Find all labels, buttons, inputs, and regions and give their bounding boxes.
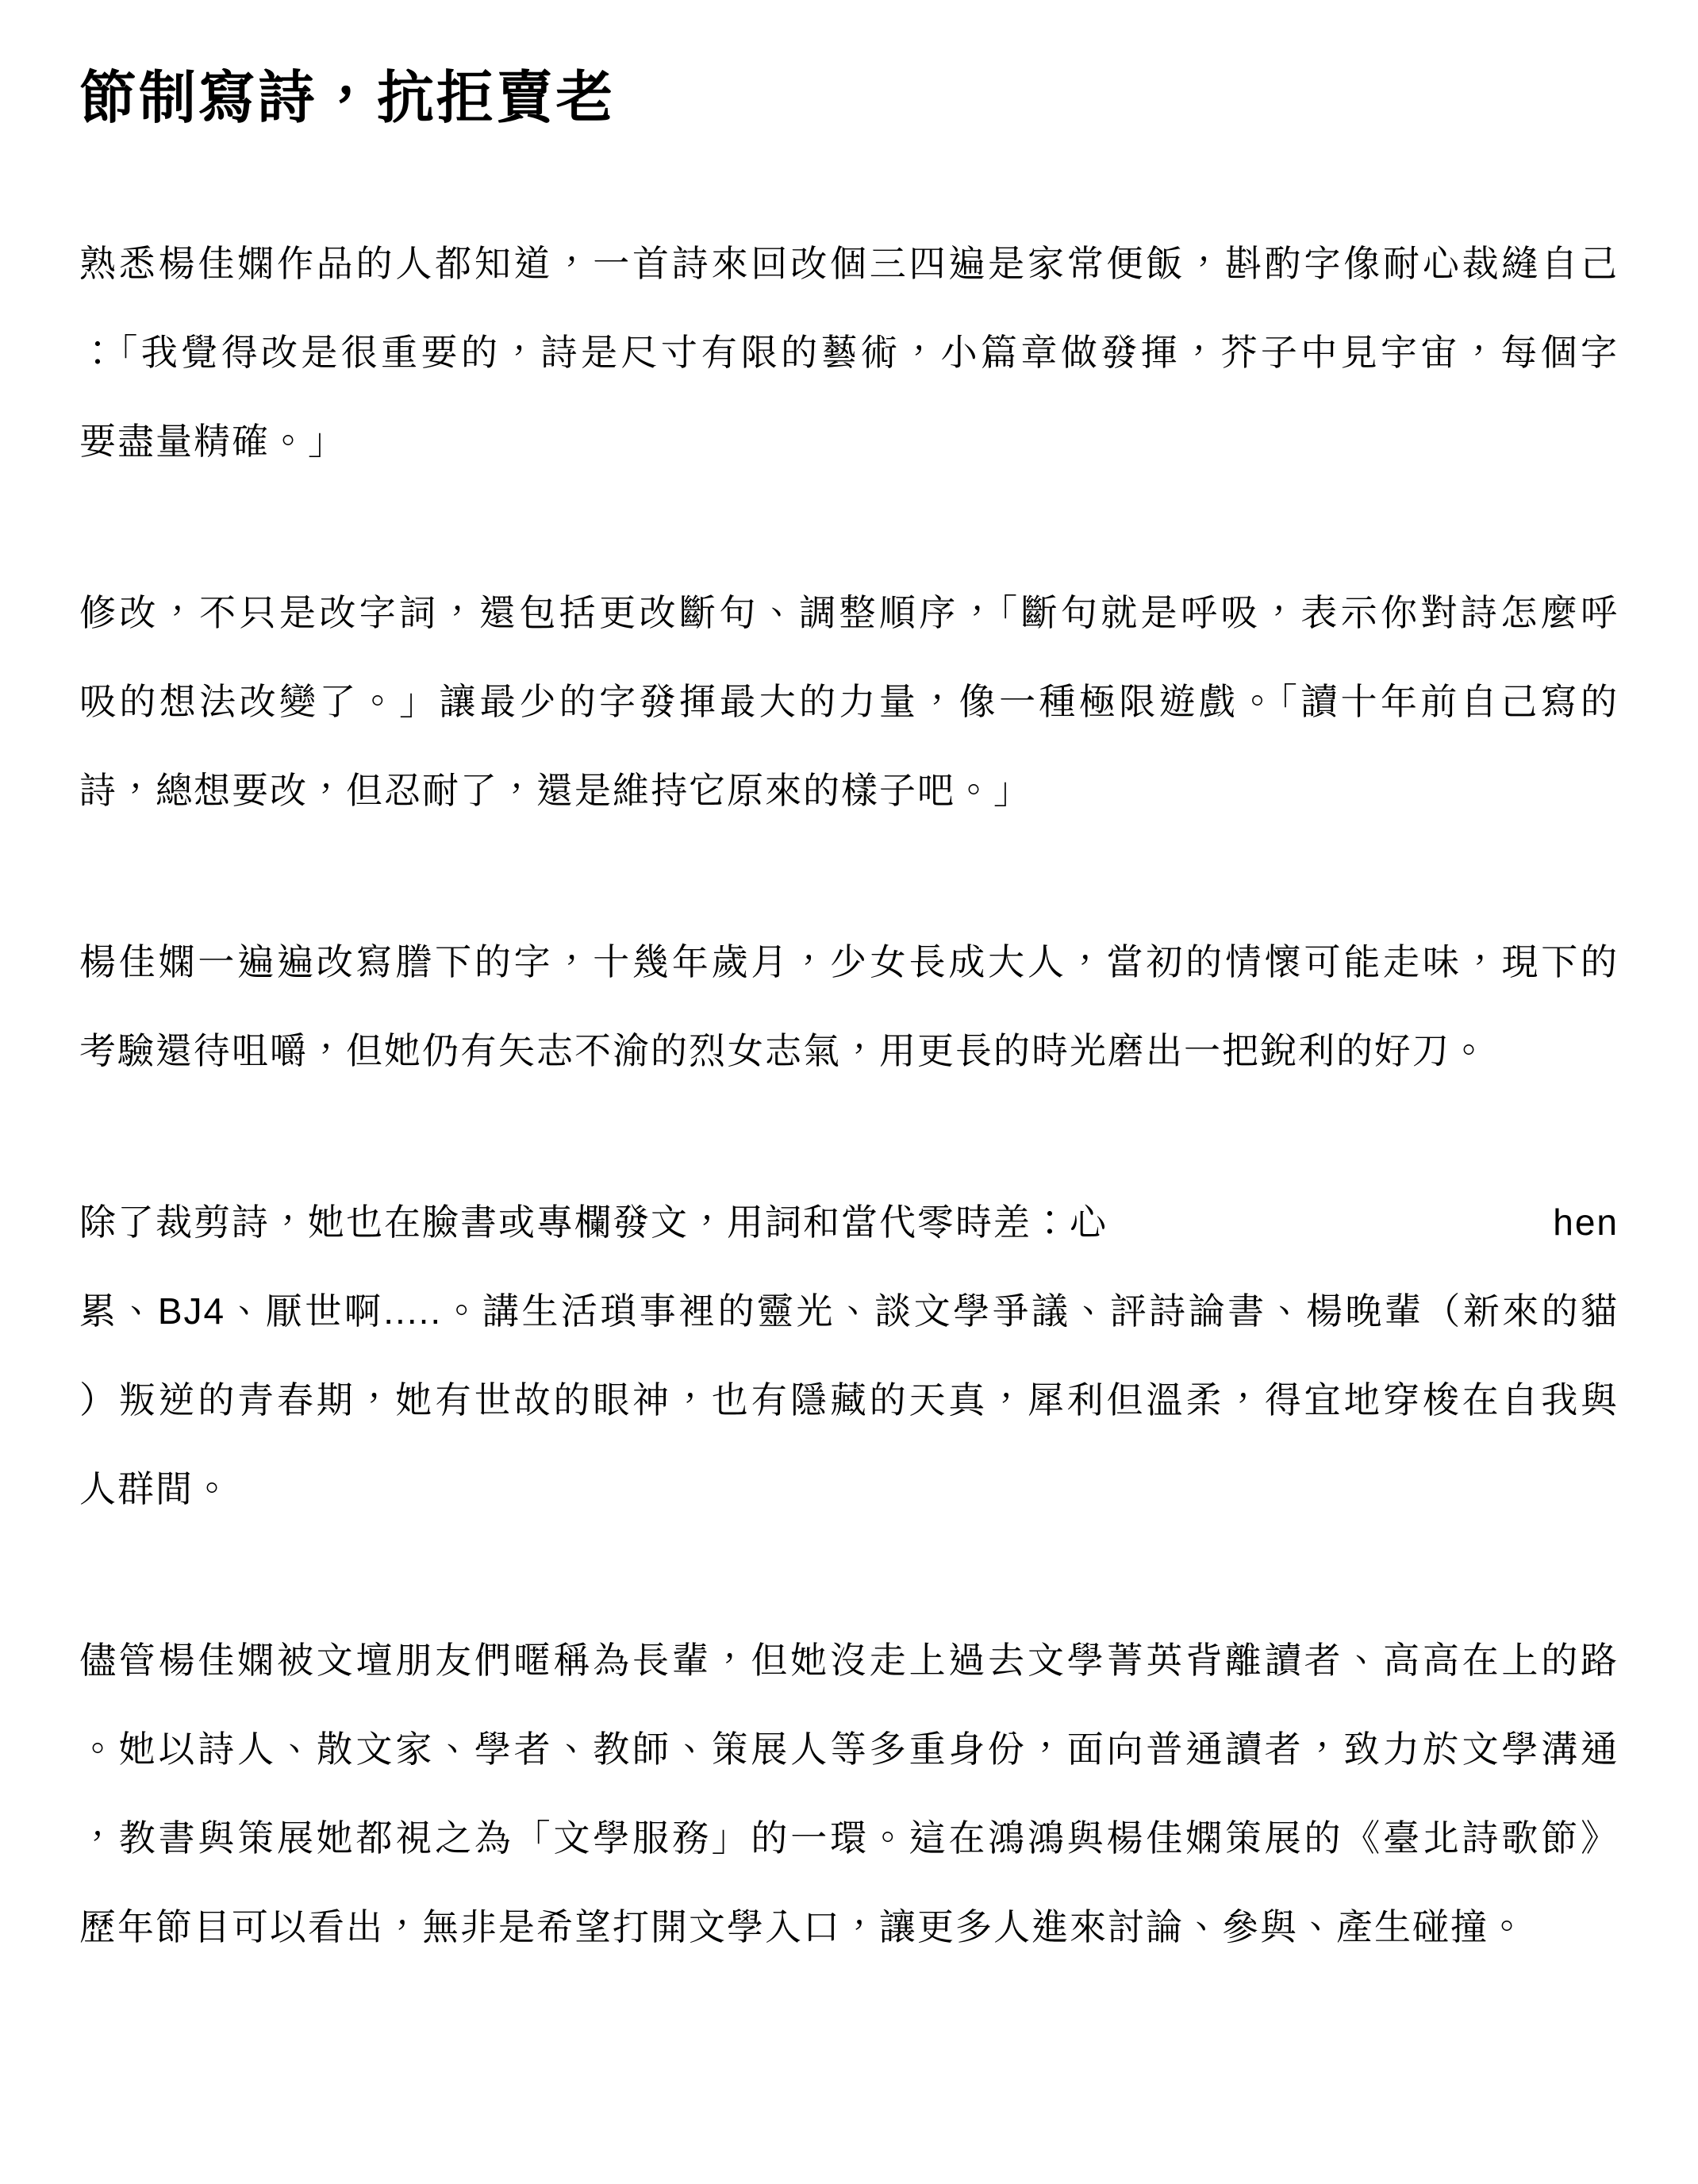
text-line: 詩，總想要改，但忍耐了，還是維持它原來的樣子吧。」	[79, 746, 1619, 835]
page-title: 節制寫詩，抗拒賣老	[79, 62, 1619, 135]
article-body: 節制寫詩，抗拒賣老 熟悉楊佳嫻作品的人都知道，一首詩來回改個三四遍是家常便飯，斟…	[79, 62, 1619, 1971]
text-line: 熟悉楊佳嫻作品的人都知道，一首詩來回改個三四遍是家常便飯，斟酌字像耐心裁縫自己	[79, 219, 1619, 308]
text-line: 修改，不只是改字詞，還包括更改斷句、調整順序，「斷句就是呼吸，表示你對詩怎麼呼	[79, 568, 1619, 657]
text-line: 。她以詩人、散文家、學者、教師、策展人等多重身份，面向普通讀者，致力於文學溝通	[79, 1705, 1619, 1794]
text-line-right: hen	[1553, 1178, 1619, 1267]
text-line: ）叛逆的青春期，她有世故的眼神，也有隱藏的天真，犀利但溫柔，得宜地穿梭在自我與	[79, 1355, 1619, 1444]
paragraph-4: 除了裁剪詩，她也在臉書或專欄發文，用詞和當代零時差：心 hen 累、BJ4、厭世…	[79, 1178, 1619, 1533]
text-line: 楊佳嫻一遍遍改寫謄下的字，十幾年歲月，少女長成大人，當初的情懷可能走味，現下的	[79, 917, 1619, 1006]
text-line: 歷年節目可以看出，無非是希望打開文學入口，讓更多人進來討論、參與、產生碰撞。	[79, 1882, 1619, 1971]
text-line: 要盡量精確。」	[79, 397, 1619, 486]
paragraph-1: 熟悉楊佳嫻作品的人都知道，一首詩來回改個三四遍是家常便飯，斟酌字像耐心裁縫自己 …	[79, 219, 1619, 486]
text-line: 吸的想法改變了。」讓最少的字發揮最大的力量，像一種極限遊戲。「讀十年前自己寫的	[79, 657, 1619, 746]
text-line-left: 除了裁剪詩，她也在臉書或專欄發文，用詞和當代零時差：心	[79, 1178, 1108, 1267]
text-line: ：「我覺得改是很重要的，詩是尺寸有限的藝術，小篇章做發揮，芥子中見宇宙，每個字	[79, 308, 1619, 397]
paragraph-2: 修改，不只是改字詞，還包括更改斷句、調整順序，「斷句就是呼吸，表示你對詩怎麼呼 …	[79, 568, 1619, 835]
text-line: 儘管楊佳嫻被文壇朋友們暱稱為長輩，但她沒走上過去文學菁英背離讀者、高高在上的路	[79, 1616, 1619, 1705]
paragraph-3: 楊佳嫻一遍遍改寫謄下的字，十幾年歲月，少女長成大人，當初的情懷可能走味，現下的 …	[79, 917, 1619, 1095]
text-line: 人群間。	[79, 1444, 1619, 1533]
text-line: 考驗還待咀嚼，但她仍有矢志不渝的烈女志氣，用更長的時光磨出一把銳利的好刀。	[79, 1006, 1619, 1095]
text-line: 除了裁剪詩，她也在臉書或專欄發文，用詞和當代零時差：心 hen	[79, 1178, 1619, 1267]
text-line: ，教書與策展她都視之為「文學服務」的一環。這在鴻鴻與楊佳嫻策展的《臺北詩歌節》	[79, 1794, 1619, 1882]
text-line: 累、BJ4、厭世啊.....。講生活瑣事裡的靈光、談文學爭議、評詩論書、楊晚輩（…	[79, 1267, 1619, 1355]
paragraph-5: 儘管楊佳嫻被文壇朋友們暱稱為長輩，但她沒走上過去文學菁英背離讀者、高高在上的路 …	[79, 1616, 1619, 1971]
